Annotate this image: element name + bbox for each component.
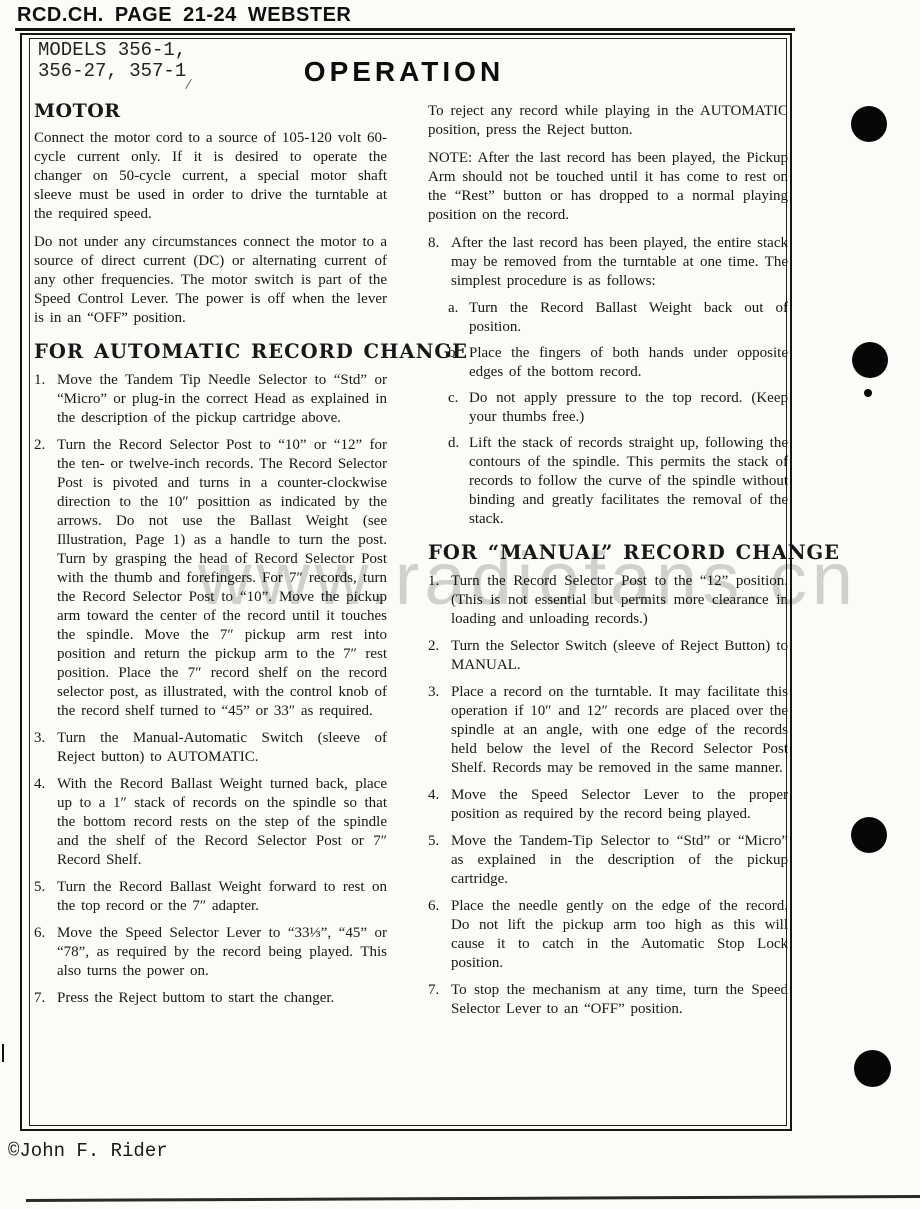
- item-text: Turn the Record Ballast Weight forward t…: [57, 878, 387, 916]
- item-number: 1.: [34, 371, 57, 428]
- motor-heading: MOTOR: [34, 102, 387, 121]
- item-letter: a.: [448, 299, 469, 337]
- bottom-page-rule: [26, 1195, 920, 1202]
- item-text: Turn the Record Selector Post to “10” or…: [57, 436, 387, 721]
- ink-dot: [852, 342, 888, 378]
- item-number: 4.: [428, 786, 451, 824]
- item-letter: b.: [448, 344, 469, 382]
- list-item: 6. Place the needle gently on the edge o…: [428, 897, 788, 973]
- item-text: Press the Reject buttom to start the cha…: [57, 989, 387, 1008]
- page-title: OPERATION: [20, 56, 788, 88]
- item-text: Move the Speed Selector Lever to “33⅓”, …: [57, 924, 387, 981]
- item-number: 3.: [34, 729, 57, 767]
- list-item: 4. With the Record Ballast Weight turned…: [34, 775, 387, 870]
- item-number: 6.: [34, 924, 57, 981]
- reject-paragraph: To reject any record while playing in th…: [428, 102, 788, 140]
- list-item: 6. Move the Speed Selector Lever to “33⅓…: [34, 924, 387, 981]
- list-item: 2. Turn the Selector Switch (sleeve of R…: [428, 637, 788, 675]
- header-underline-rule: [15, 28, 795, 31]
- item-number: 6.: [428, 897, 451, 973]
- item-letter: d.: [448, 434, 469, 529]
- note-paragraph: NOTE: After the last record has been pla…: [428, 149, 788, 225]
- page-header-label: RCD.CH. PAGE 21-24 WEBSTER: [17, 4, 351, 27]
- list-item: 5. Turn the Record Ballast Weight forwar…: [34, 878, 387, 916]
- manual-section-heading: FOR “MANUAL” RECORD CHANGE: [428, 543, 788, 562]
- motor-paragraph: Do not under any circumstances connect t…: [34, 233, 387, 328]
- item-number: 5.: [428, 832, 451, 889]
- item-number: 7.: [34, 989, 57, 1008]
- item-text: Place a record on the turntable. It may …: [451, 683, 788, 778]
- sub-list-item: c. Do not apply pressure to the top reco…: [448, 389, 788, 427]
- item-number: 1.: [428, 572, 451, 629]
- list-item: 7. To stop the mechanism at any time, tu…: [428, 981, 788, 1019]
- list-item: 1. Turn the Record Selector Post to the …: [428, 572, 788, 629]
- left-column: MOTOR Connect the motor cord to a source…: [34, 102, 387, 1016]
- item-number: 2.: [34, 436, 57, 721]
- item-text: Turn the Manual-Automatic Switch (sleeve…: [57, 729, 387, 767]
- item-number: 7.: [428, 981, 451, 1019]
- ink-dot: [854, 1050, 891, 1087]
- ink-dot: [851, 106, 887, 142]
- automatic-section-heading: FOR AUTOMATIC RECORD CHANGE: [34, 342, 387, 361]
- sub-list-item: d. Lift the stack of records straight up…: [448, 434, 788, 529]
- motor-paragraph: Connect the motor cord to a source of 10…: [34, 129, 387, 224]
- list-item: 8. After the last record has been played…: [428, 234, 788, 291]
- sub-list-item: b. Place the fingers of both hands under…: [448, 344, 788, 382]
- item-letter: c.: [448, 389, 469, 427]
- item-number: 8.: [428, 234, 451, 291]
- item-number: 2.: [428, 637, 451, 675]
- item-text: Place the fingers of both hands under op…: [469, 344, 788, 382]
- footer-credit: ©John F. Rider: [8, 1140, 168, 1162]
- item-text: Move the Speed Selector Lever to the pro…: [451, 786, 788, 824]
- item-text: Lift the stack of records straight up, f…: [469, 434, 788, 529]
- right-column: To reject any record while playing in th…: [428, 102, 788, 1027]
- list-item: 5. Move the Tandem-Tip Selector to “Std”…: [428, 832, 788, 889]
- ink-dot-small: [864, 389, 872, 397]
- item-text: Place the needle gently on the edge of t…: [451, 897, 788, 973]
- list-item: 3. Place a record on the turntable. It m…: [428, 683, 788, 778]
- list-item: 4. Move the Speed Selector Lever to the …: [428, 786, 788, 824]
- stray-mark: [2, 1044, 4, 1062]
- item-number: 3.: [428, 683, 451, 778]
- item-text: Turn the Selector Switch (sleeve of Reje…: [451, 637, 788, 675]
- list-item: 1. Move the Tandem Tip Needle Selector t…: [34, 371, 387, 428]
- item-text: Turn the Record Ballast Weight back out …: [469, 299, 788, 337]
- item-text: Turn the Record Selector Post to the “12…: [451, 572, 788, 629]
- item-number: 4.: [34, 775, 57, 870]
- list-item: 2. Turn the Record Selector Post to “10”…: [34, 436, 387, 721]
- item-text: To stop the mechanism at any time, turn …: [451, 981, 788, 1019]
- item-text: Do not apply pressure to the top record.…: [469, 389, 788, 427]
- item-text: Move the Tandem-Tip Selector to “Std” or…: [451, 832, 788, 889]
- list-item: 7. Press the Reject buttom to start the …: [34, 989, 387, 1008]
- item-text: With the Record Ballast Weight turned ba…: [57, 775, 387, 870]
- item-number: 5.: [34, 878, 57, 916]
- sub-list-item: a. Turn the Record Ballast Weight back o…: [448, 299, 788, 337]
- item-text: After the last record has been played, t…: [451, 234, 788, 291]
- list-item: 3. Turn the Manual-Automatic Switch (sle…: [34, 729, 387, 767]
- item-text: Move the Tandem Tip Needle Selector to “…: [57, 371, 387, 428]
- ink-dot: [851, 817, 887, 853]
